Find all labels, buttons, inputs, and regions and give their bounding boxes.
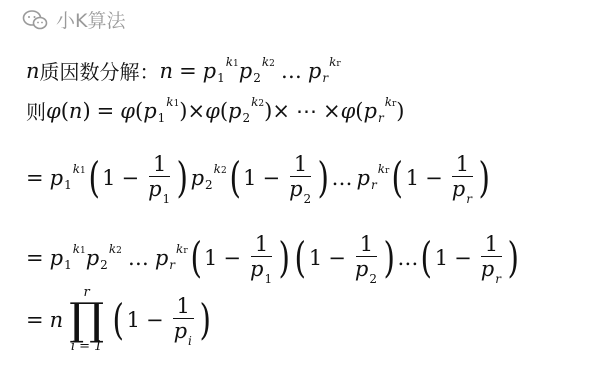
sub: 2: [100, 258, 108, 272]
big-lp: (: [88, 157, 99, 199]
k: k: [109, 242, 116, 256]
formula-line-4: = p1k1 p2k2 … prkr (1−1p1) (1−1p2) … (1−…: [26, 232, 521, 284]
den: pr: [452, 177, 473, 204]
den: pr: [481, 257, 502, 284]
num: 1: [251, 232, 272, 257]
var-p: p: [191, 166, 204, 190]
eq: =: [97, 99, 115, 123]
var-p: p: [155, 246, 168, 270]
var-p: p: [239, 59, 252, 83]
sup: k1: [73, 242, 86, 256]
sub: 2: [205, 178, 213, 192]
fraction: 1pr: [452, 152, 473, 204]
formula-line-2: 则 φ(n)= φ(p1k1)× φ(p2k2)× ⋯× φ(prkr): [26, 96, 404, 125]
p: p: [289, 177, 302, 201]
den: p1: [250, 257, 273, 284]
s: r: [385, 166, 389, 176]
num: 1: [356, 232, 377, 257]
big-rp: ): [279, 237, 290, 279]
s: 2: [258, 99, 264, 109]
big-lp: (: [190, 237, 201, 279]
k: k: [226, 55, 233, 69]
sup: k1: [166, 95, 179, 109]
var-p: p: [357, 166, 370, 190]
one: 1: [102, 166, 115, 190]
k: k: [214, 162, 221, 176]
rp: ): [396, 99, 404, 123]
s: r: [336, 59, 340, 69]
rp: ): [82, 99, 90, 123]
dots: …: [281, 59, 302, 83]
minus: −: [121, 166, 139, 190]
times: ×: [188, 99, 206, 123]
one: 1: [204, 246, 217, 270]
formula-line-3: = p1k1 (1−1p1) p2k2 (1−1p2) … prkr (1−1p…: [26, 152, 492, 204]
label-then: 则: [26, 96, 46, 125]
wechat-icon: [22, 9, 48, 31]
sub: 2: [304, 192, 312, 206]
s: 2: [221, 166, 227, 176]
sup: k2: [109, 242, 122, 256]
big-lp: (: [392, 157, 403, 199]
dots: …: [397, 246, 418, 270]
sup: k1: [226, 55, 239, 69]
fraction: 1pi: [173, 294, 194, 346]
num: 1: [149, 152, 170, 177]
sub: 1: [158, 111, 166, 125]
sup: k1: [73, 162, 86, 176]
big-rp: ): [199, 299, 210, 341]
p: p: [481, 257, 494, 281]
sup: k2: [251, 95, 264, 109]
fraction: 1p2: [289, 152, 312, 204]
lp: (: [135, 99, 143, 123]
phi: φ: [46, 99, 61, 123]
lp: (: [220, 99, 228, 123]
dots: …: [128, 246, 149, 270]
var-p: p: [363, 99, 376, 123]
fraction: 1pr: [481, 232, 502, 284]
big-lp: (: [295, 237, 306, 279]
var-p: p: [86, 246, 99, 270]
s: 1: [80, 166, 86, 176]
s: 2: [269, 59, 275, 69]
p: p: [174, 319, 187, 343]
minus: −: [328, 246, 346, 270]
one: 1: [435, 246, 448, 270]
sub: 1: [64, 258, 72, 272]
var-p: p: [228, 99, 241, 123]
k: k: [166, 95, 173, 109]
sub: r: [322, 71, 328, 85]
p: p: [148, 177, 161, 201]
prod-symbol: ∏: [69, 300, 104, 340]
minus: −: [262, 166, 280, 190]
den: p1: [148, 177, 171, 204]
minus: −: [454, 246, 472, 270]
var-p: p: [308, 59, 321, 83]
p: p: [355, 257, 368, 281]
times: ×: [323, 99, 341, 123]
lp: (: [355, 99, 363, 123]
big-rp: ): [383, 237, 394, 279]
num: 1: [290, 152, 311, 177]
rp: ): [264, 99, 272, 123]
var-n: n: [26, 59, 40, 83]
s: 1: [174, 99, 180, 109]
den: pi: [174, 319, 193, 346]
big-rp: ): [479, 157, 490, 199]
p: p: [250, 257, 263, 281]
sub: r: [466, 192, 472, 206]
var-p: p: [50, 246, 63, 270]
big-rp: ): [508, 237, 519, 279]
sub: 2: [253, 71, 261, 85]
eq: =: [26, 166, 44, 190]
var-n: n: [69, 99, 83, 123]
minus: −: [146, 308, 164, 332]
fraction: 1p2: [355, 232, 378, 284]
fraction: 1p1: [148, 152, 171, 204]
formula-line-1: n 质因数分解： n= p1k1 p2k2 … prkr: [26, 56, 341, 85]
sub: 1: [264, 272, 272, 286]
product-operator: r∏i = 1: [69, 286, 104, 354]
s: 1: [80, 246, 86, 256]
sub: r: [371, 178, 377, 192]
den: p2: [355, 257, 378, 284]
minus: −: [425, 166, 443, 190]
minus: −: [223, 246, 241, 270]
s: 1: [233, 59, 239, 69]
var-p: p: [50, 166, 63, 190]
sup: kr: [176, 242, 188, 256]
num: 1: [173, 294, 194, 319]
cdots: ⋯: [296, 99, 317, 123]
var-n: n: [160, 59, 174, 83]
sub: r: [495, 272, 501, 286]
sub: r: [169, 258, 175, 272]
sup: k2: [262, 55, 275, 69]
big-rp: ): [318, 157, 329, 199]
p: p: [452, 177, 465, 201]
one: 1: [127, 308, 140, 332]
s: 2: [116, 246, 122, 256]
k: k: [73, 162, 80, 176]
one: 1: [243, 166, 256, 190]
times: ×: [272, 99, 290, 123]
sup: k2: [214, 162, 227, 176]
phi: φ: [205, 99, 220, 123]
eq: =: [26, 308, 44, 332]
k: k: [385, 95, 392, 109]
s: r: [392, 99, 396, 109]
big-lp: (: [229, 157, 240, 199]
eq: =: [26, 246, 44, 270]
phi: φ: [120, 99, 135, 123]
fraction: 1p1: [250, 232, 273, 284]
one: 1: [309, 246, 322, 270]
watermark: 小K算法: [22, 6, 125, 33]
sub: r: [378, 111, 384, 125]
sub: 1: [64, 178, 72, 192]
num: 1: [481, 232, 502, 257]
var-p: p: [203, 59, 216, 83]
big-lp: (: [113, 299, 124, 341]
lp: (: [61, 99, 69, 123]
sub: 1: [163, 192, 171, 206]
num: 1: [452, 152, 473, 177]
sub: 2: [369, 272, 377, 286]
sup: kr: [378, 162, 390, 176]
eq: =: [179, 59, 197, 83]
lower-limit: i = 1: [71, 340, 103, 354]
sup: kr: [385, 95, 397, 109]
one: 1: [406, 166, 419, 190]
sub: i: [188, 334, 192, 348]
rp: ): [179, 99, 187, 123]
big-rp: ): [177, 157, 188, 199]
k: k: [378, 162, 385, 176]
den: p2: [289, 177, 312, 204]
formula-line-5: = n r∏i = 1 (1−1pi): [26, 286, 213, 354]
k: k: [73, 242, 80, 256]
dots: …: [332, 166, 353, 190]
sub: 2: [242, 111, 250, 125]
label-prime-factorization: 质因数分解：: [40, 56, 160, 85]
sub: 1: [217, 71, 225, 85]
watermark-text: 小K算法: [56, 6, 125, 33]
s: r: [183, 246, 187, 256]
phi: φ: [341, 99, 356, 123]
sup: kr: [329, 55, 341, 69]
big-lp: (: [421, 237, 432, 279]
var-n: n: [50, 308, 64, 332]
var-p: p: [143, 99, 156, 123]
